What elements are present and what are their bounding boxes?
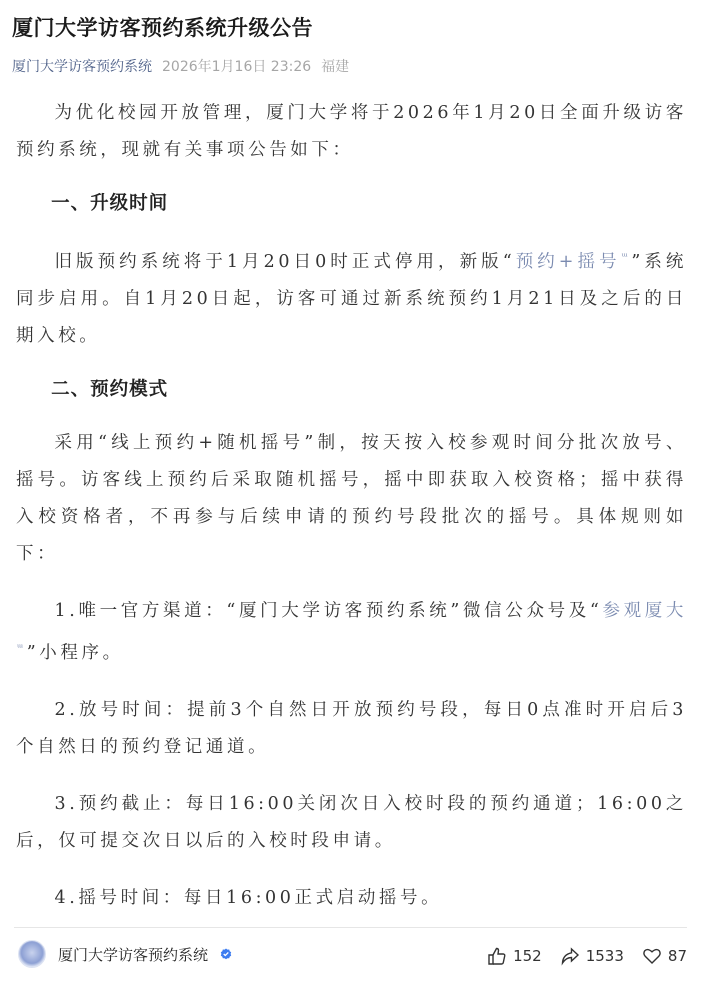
author-link[interactable]: 厦门大学访客预约系统 <box>12 57 152 77</box>
thumbs-up-icon <box>487 946 507 966</box>
text: ”小程序。 <box>27 643 124 663</box>
rule-2: 2.放号时间：提前3个自然日开放预约号段，每日0点准时开启后3个自然日的预约登记… <box>16 692 687 766</box>
share-icon <box>560 946 580 966</box>
rule-3: 3.预约截止：每日16:00关闭次日入校时段的预约通道；16:00之后，仅可提交… <box>16 786 687 860</box>
section-heading-booking-mode: 二、预约模式 <box>16 375 687 405</box>
booking-mode-paragraph: 采用“线上预约+随机摇号”制，按天按入校参观时间分批次放号、摇号。访客线上预约后… <box>16 425 687 573</box>
link-text: 参观厦大 <box>602 601 687 621</box>
article-title: 厦门大学访客预约系统升级公告 <box>12 0 687 42</box>
rule-1: 1.唯一官方渠道：“厦门大学访客预约系统”微信公众号及“参观厦大ᵚ”小程序。 <box>16 593 687 672</box>
text: 1.唯一官方渠道：“厦门大学访客预约系统”微信公众号及“ <box>55 601 603 621</box>
upgrade-time-paragraph: 旧版预约系统将于1月20日0时正式停用，新版“预约+摇号ᵚ”系统同步启用。自1月… <box>16 239 687 355</box>
search-icon: ᵚ <box>622 252 632 263</box>
account-card[interactable]: 厦门大学访客预约系统 <box>18 940 232 968</box>
search-icon: ᵚ <box>17 643 27 654</box>
article-meta: 厦门大学访客预约系统 2026年1月16日 23:26 福建 <box>12 57 687 77</box>
favorite-count: 87 <box>668 947 687 965</box>
heart-icon <box>642 946 662 966</box>
article-body: 为优化校园开放管理，厦门大学将于2026年1月20日全面升级访客预约系统，现就有… <box>12 95 687 917</box>
publish-location: 福建 <box>321 57 349 77</box>
article-footer: 厦门大学访客预约系统 152 1533 87 <box>14 927 687 987</box>
share-button[interactable]: 1533 <box>560 946 624 966</box>
link-text: 预约+摇号 <box>515 252 620 272</box>
like-count: 152 <box>513 947 542 965</box>
search-link-booking-lottery[interactable]: 预约+摇号ᵚ <box>515 252 631 272</box>
like-button[interactable]: 152 <box>487 946 542 966</box>
text: 旧版预约系统将于1月20日0时正式停用，新版“ <box>55 252 516 272</box>
share-count: 1533 <box>586 947 624 965</box>
account-avatar[interactable] <box>18 940 46 968</box>
publish-time: 2026年1月16日 23:26 <box>162 57 311 77</box>
account-name[interactable]: 厦门大学访客预约系统 <box>58 944 208 965</box>
section-heading-upgrade-time: 一、升级时间 <box>16 189 687 219</box>
intro-paragraph: 为优化校园开放管理，厦门大学将于2026年1月20日全面升级访客预约系统，现就有… <box>16 95 687 169</box>
article: 厦门大学访客预约系统升级公告 厦门大学访客预约系统 2026年1月16日 23:… <box>0 0 703 917</box>
verified-badge-icon <box>220 948 232 960</box>
engagement-stats: 152 1533 87 <box>487 946 687 966</box>
favorite-button[interactable]: 87 <box>642 946 687 966</box>
rule-4: 4.摇号时间：每日16:00正式启动摇号。 <box>16 880 687 917</box>
